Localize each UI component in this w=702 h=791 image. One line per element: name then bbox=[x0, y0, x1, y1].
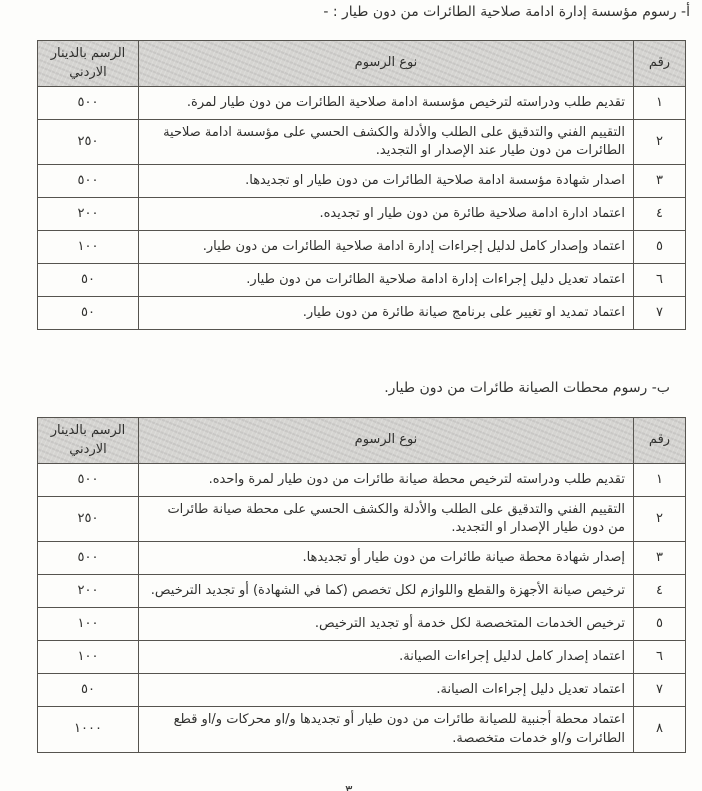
row-description-cell: ترخيص صيانة الأجهزة والقطع واللوازم لكل … bbox=[139, 575, 634, 608]
table-row: ٢ التقييم الفني والتدقيق على الطلب والأد… bbox=[38, 120, 686, 165]
row-number-cell: ٢ bbox=[634, 120, 686, 165]
section-b-table-body: ١ تقديم طلب ودراسته لترخيص محطة صيانة طا… bbox=[38, 464, 686, 753]
row-fee-cell: ٥٠ bbox=[38, 264, 139, 297]
row-description-cell: اعتماد تعديل دليل إجراءات إدارة ادامة صل… bbox=[139, 264, 634, 297]
section-b-fee-table: رقم نوع الرسوم الرسم بالدينار الاردني ١ … bbox=[37, 417, 686, 753]
table-row: ١ تقديم طلب ودراسته لترخيص محطة صيانة طا… bbox=[38, 464, 686, 497]
row-description-cell: التقييم الفني والتدقيق على الطلب والأدلة… bbox=[139, 120, 634, 165]
row-fee-cell: ٥٠٠ bbox=[38, 542, 139, 575]
row-description-cell: اعتماد وإصدار كامل لدليل إجراءات إدارة ا… bbox=[139, 231, 634, 264]
row-fee-cell: ٢٠٠ bbox=[38, 575, 139, 608]
row-number-cell: ٥ bbox=[634, 231, 686, 264]
column-header-fee-amount: الرسم بالدينار الاردني bbox=[38, 418, 139, 464]
row-description-cell: اعتماد تعديل دليل إجراءات الصيانة. bbox=[139, 674, 634, 707]
row-number-cell: ٢ bbox=[634, 497, 686, 542]
section-b-title: ب- رسوم محطات الصيانة طائرات من دون طيار… bbox=[384, 380, 670, 396]
row-fee-cell: ٥٠٠ bbox=[38, 464, 139, 497]
table-row: ٤ ترخيص صيانة الأجهزة والقطع واللوازم لك… bbox=[38, 575, 686, 608]
table-row: ٦ اعتماد إصدار كامل لدليل إجراءات الصيان… bbox=[38, 641, 686, 674]
row-number-cell: ١ bbox=[634, 464, 686, 497]
section-a-table-body: ١ تقديم طلب ودراسته لترخيص مؤسسة ادامة ص… bbox=[38, 87, 686, 330]
table-row: ٦ اعتماد تعديل دليل إجراءات إدارة ادامة … bbox=[38, 264, 686, 297]
column-header-number: رقم bbox=[634, 418, 686, 464]
table-row: ٧ اعتماد تمديد او تغيير على برنامج صيانة… bbox=[38, 297, 686, 330]
row-description-cell: تقديم طلب ودراسته لترخيص مؤسسة ادامة صلا… bbox=[139, 87, 634, 120]
row-fee-cell: ١٠٠ bbox=[38, 231, 139, 264]
row-description-cell: اعتماد إصدار كامل لدليل إجراءات الصيانة. bbox=[139, 641, 634, 674]
row-fee-cell: ١٠٠ bbox=[38, 641, 139, 674]
row-number-cell: ٨ bbox=[634, 707, 686, 752]
table-row: ٣ اصدار شهادة مؤسسة ادامة صلاحية الطائرا… bbox=[38, 165, 686, 198]
table-row: ٢ التقييم الفني والتدقيق على الطلب والأد… bbox=[38, 497, 686, 542]
row-number-cell: ٤ bbox=[634, 198, 686, 231]
header-row: رقم نوع الرسوم الرسم بالدينار الاردني bbox=[38, 418, 686, 464]
row-description-cell: إصدار شهادة محطة صيانة طائرات من دون طيا… bbox=[139, 542, 634, 575]
section-a-fee-table: رقم نوع الرسوم الرسم بالدينار الاردني ١ … bbox=[37, 40, 686, 330]
row-fee-cell: ٥٠٠ bbox=[38, 165, 139, 198]
row-fee-cell: ٥٠ bbox=[38, 674, 139, 707]
row-description-cell: اصدار شهادة مؤسسة ادامة صلاحية الطائرات … bbox=[139, 165, 634, 198]
table-row: ٥ ترخيص الخدمات المتخصصة لكل خدمة أو تجد… bbox=[38, 608, 686, 641]
row-number-cell: ٦ bbox=[634, 641, 686, 674]
section-a-title: أ- رسوم مؤسسة إدارة ادامة صلاحية الطائرا… bbox=[323, 4, 690, 20]
row-number-cell: ٦ bbox=[634, 264, 686, 297]
section-b-table-header: رقم نوع الرسوم الرسم بالدينار الاردني bbox=[38, 418, 686, 464]
column-header-fee-amount: الرسم بالدينار الاردني bbox=[38, 41, 139, 87]
table-row: ٣ إصدار شهادة محطة صيانة طائرات من دون ط… bbox=[38, 542, 686, 575]
row-number-cell: ٣ bbox=[634, 165, 686, 198]
row-number-cell: ٧ bbox=[634, 297, 686, 330]
row-fee-cell: ١٠٠٠ bbox=[38, 707, 139, 752]
row-fee-cell: ٥٠ bbox=[38, 297, 139, 330]
row-number-cell: ٤ bbox=[634, 575, 686, 608]
table-row: ١ تقديم طلب ودراسته لترخيص مؤسسة ادامة ص… bbox=[38, 87, 686, 120]
column-header-fee-type: نوع الرسوم bbox=[139, 41, 634, 87]
page-number: ٣ bbox=[345, 783, 353, 791]
row-number-cell: ١ bbox=[634, 87, 686, 120]
column-header-number: رقم bbox=[634, 41, 686, 87]
row-fee-cell: ٢٠٠ bbox=[38, 198, 139, 231]
table-row: ٧ اعتماد تعديل دليل إجراءات الصيانة. ٥٠ bbox=[38, 674, 686, 707]
row-description-cell: اعتماد ادارة ادامة صلاحية طائرة من دون ط… bbox=[139, 198, 634, 231]
table-row: ٥ اعتماد وإصدار كامل لدليل إجراءات إدارة… bbox=[38, 231, 686, 264]
row-description-cell: التقييم الفني والتدقيق على الطلب والأدلة… bbox=[139, 497, 634, 542]
section-a-table-header: رقم نوع الرسوم الرسم بالدينار الاردني bbox=[38, 41, 686, 87]
row-fee-cell: ٢٥٠ bbox=[38, 120, 139, 165]
table-row: ٤ اعتماد ادارة ادامة صلاحية طائرة من دون… bbox=[38, 198, 686, 231]
row-number-cell: ٥ bbox=[634, 608, 686, 641]
row-description-cell: اعتماد محطة أجنبية للصيانة طائرات من دون… bbox=[139, 707, 634, 752]
row-fee-cell: ٢٥٠ bbox=[38, 497, 139, 542]
column-header-fee-type: نوع الرسوم bbox=[139, 418, 634, 464]
table-row: ٨ اعتماد محطة أجنبية للصيانة طائرات من د… bbox=[38, 707, 686, 752]
row-description-cell: اعتماد تمديد او تغيير على برنامج صيانة ط… bbox=[139, 297, 634, 330]
row-fee-cell: ١٠٠ bbox=[38, 608, 139, 641]
scanned-document-page: أ- رسوم مؤسسة إدارة ادامة صلاحية الطائرا… bbox=[0, 0, 702, 791]
row-description-cell: تقديم طلب ودراسته لترخيص محطة صيانة طائر… bbox=[139, 464, 634, 497]
row-description-cell: ترخيص الخدمات المتخصصة لكل خدمة أو تجديد… bbox=[139, 608, 634, 641]
row-fee-cell: ٥٠٠ bbox=[38, 87, 139, 120]
header-row: رقم نوع الرسوم الرسم بالدينار الاردني bbox=[38, 41, 686, 87]
row-number-cell: ٣ bbox=[634, 542, 686, 575]
row-number-cell: ٧ bbox=[634, 674, 686, 707]
